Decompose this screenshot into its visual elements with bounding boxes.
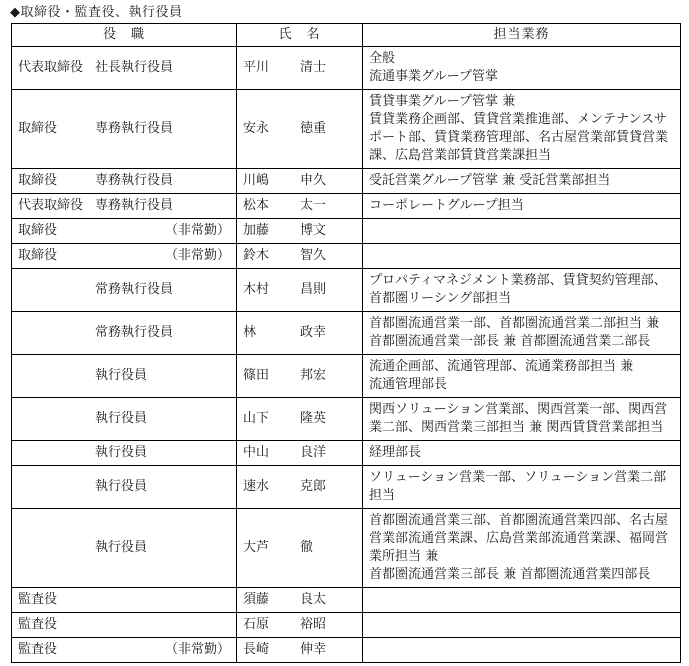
position-cell: 執行役員 <box>12 466 237 509</box>
table-row: 執行役員 中山良洋 経理部長 <box>12 441 681 466</box>
nonexec-note: （非常勤） <box>165 222 230 240</box>
table-row: 常務執行役員 木村昌則 プロパティマネジメント業務部、賃貸契約管理部、首都圏リー… <box>12 269 681 312</box>
duty-cell: 賃貸事業グループ管掌 兼 賃貸業務企画部、賃貸営業推進部、メンテナンスサポート部… <box>363 90 681 169</box>
surname-label: 中山 <box>243 444 300 462</box>
nonexec-note: （非常勤） <box>165 247 230 265</box>
header-position: 役 職 <box>12 24 237 47</box>
surname-label: 長崎 <box>243 641 300 659</box>
duty-cell <box>363 219 681 244</box>
duty-cell: 流通企画部、流通管理部、流通業務部担当 兼 流通管理部長 <box>363 355 681 398</box>
surname-label: 林 <box>243 324 300 342</box>
surname-label: 須藤 <box>243 591 300 609</box>
header-duty: 担当業務 <box>363 24 681 47</box>
role-label: 代表取締役 <box>18 59 95 77</box>
role-label: 取締役 <box>18 222 95 240</box>
surname-label: 石原 <box>243 616 300 634</box>
givenname-label: 良洋 <box>300 445 326 460</box>
role-label: 取締役 <box>18 247 95 265</box>
position-cell: 監査役（非常勤） <box>12 638 237 663</box>
duty-cell: 経理部長 <box>363 441 681 466</box>
givenname-label: 伸幸 <box>300 642 326 657</box>
exec-title-label: 執行役員 <box>95 411 147 426</box>
givenname-label: 博文 <box>300 223 326 238</box>
position-cell: 執行役員 <box>12 398 237 441</box>
name-cell: 加藤博文 <box>237 219 363 244</box>
table-row: 監査役 石原裕昭 <box>12 613 681 638</box>
givenname-label: 徳重 <box>300 121 326 136</box>
table-row: 取締役（非常勤） 加藤博文 <box>12 219 681 244</box>
duty-cell: コーポレートグループ担当 <box>363 194 681 219</box>
name-cell: 速水克郎 <box>237 466 363 509</box>
duty-cell: 首都圏流通営業三部、首都圏流通営業四部、名古屋営業部流通営業課、広島営業部流通営… <box>363 509 681 588</box>
table-row: 執行役員 山下隆英 関西ソリューション営業部、関西営業一部、関西営業二部、関西営… <box>12 398 681 441</box>
surname-label: 川嶋 <box>243 172 300 190</box>
page-title: ◆取締役・監査役、執行役員 <box>10 5 689 20</box>
duty-cell <box>363 613 681 638</box>
table-row: 常務執行役員 林政幸 首都圏流通営業一部、首都圏流通営業二部担当 兼 首都圏流通… <box>12 312 681 355</box>
exec-title-label: 社長執行役員 <box>95 60 173 75</box>
position-cell: 執行役員 <box>12 441 237 466</box>
duty-cell: 首都圏流通営業一部、首都圏流通営業二部担当 兼 首都圏流通営業一部長 兼 首都圏… <box>363 312 681 355</box>
exec-title-label: 執行役員 <box>95 540 147 555</box>
exec-title-label: 執行役員 <box>95 445 147 460</box>
exec-title-label: 専務執行役員 <box>95 198 173 213</box>
officers-table: 役 職 氏 名 担当業務 代表取締役社長執行役員 平川清士 全般 流通事業グルー… <box>11 23 681 663</box>
role-label: 監査役 <box>18 641 95 659</box>
table-header-row: 役 職 氏 名 担当業務 <box>12 24 681 47</box>
position-cell: 常務執行役員 <box>12 312 237 355</box>
givenname-label: 克郎 <box>300 479 326 494</box>
position-cell: 監査役 <box>12 613 237 638</box>
name-cell: 林政幸 <box>237 312 363 355</box>
givenname-label: 徹 <box>300 540 313 555</box>
table-row: 監査役 須藤良太 <box>12 588 681 613</box>
name-cell: 鈴木智久 <box>237 244 363 269</box>
surname-label: 速水 <box>243 478 300 496</box>
role-label: 取締役 <box>18 172 95 190</box>
givenname-label: 邦宏 <box>300 368 326 383</box>
table-row: 代表取締役専務執行役員 松本太一 コーポレートグループ担当 <box>12 194 681 219</box>
name-cell: 中山良洋 <box>237 441 363 466</box>
table-row: 取締役専務執行役員 安永徳重 賃貸事業グループ管掌 兼 賃貸業務企画部、賃貸営業… <box>12 90 681 169</box>
name-cell: 平川清士 <box>237 47 363 90</box>
surname-label: 鈴木 <box>243 247 300 265</box>
givenname-label: 裕昭 <box>300 617 326 632</box>
name-cell: 川嶋申久 <box>237 169 363 194</box>
name-cell: 石原裕昭 <box>237 613 363 638</box>
givenname-label: 智久 <box>300 248 326 263</box>
exec-title-label: 専務執行役員 <box>95 173 173 188</box>
name-cell: 大芦徹 <box>237 509 363 588</box>
surname-label: 木村 <box>243 281 300 299</box>
position-cell: 取締役専務執行役員 <box>12 90 237 169</box>
name-cell: 長崎伸幸 <box>237 638 363 663</box>
surname-label: 平川 <box>243 59 300 77</box>
exec-title-label: 常務執行役員 <box>95 325 173 340</box>
position-cell: 常務執行役員 <box>12 269 237 312</box>
header-name: 氏 名 <box>237 24 363 47</box>
surname-label: 松本 <box>243 197 300 215</box>
duty-cell: 全般 流通事業グループ管掌 <box>363 47 681 90</box>
position-cell: 取締役（非常勤） <box>12 244 237 269</box>
givenname-label: 太一 <box>300 198 326 213</box>
position-cell: 取締役専務執行役員 <box>12 169 237 194</box>
role-label: 代表取締役 <box>18 197 95 215</box>
duty-cell <box>363 588 681 613</box>
name-cell: 篠田邦宏 <box>237 355 363 398</box>
table-row: 執行役員 篠田邦宏 流通企画部、流通管理部、流通業務部担当 兼 流通管理部長 <box>12 355 681 398</box>
document-page: ◆取締役・監査役、執行役員 役 職 氏 名 担当業務 代表取締役社長執行役員 平… <box>0 0 689 666</box>
surname-label: 大芦 <box>243 539 300 557</box>
table-row: 執行役員 大芦徹 首都圏流通営業三部、首都圏流通営業四部、名古屋営業部流通営業課… <box>12 509 681 588</box>
position-cell: 代表取締役社長執行役員 <box>12 47 237 90</box>
duty-cell: 関西ソリューション営業部、関西営業一部、関西営業二部、関西営業三部担当 兼 関西… <box>363 398 681 441</box>
table-row: 監査役（非常勤） 長崎伸幸 <box>12 638 681 663</box>
duty-cell: 受託営業グループ管掌 兼 受託営業部担当 <box>363 169 681 194</box>
position-cell: 執行役員 <box>12 355 237 398</box>
givenname-label: 良太 <box>300 592 326 607</box>
exec-title-label: 専務執行役員 <box>95 121 173 136</box>
surname-label: 加藤 <box>243 222 300 240</box>
role-label: 監査役 <box>18 591 95 609</box>
name-cell: 木村昌則 <box>237 269 363 312</box>
givenname-label: 昌則 <box>300 282 326 297</box>
exec-title-label: 常務執行役員 <box>95 282 173 297</box>
table-row: 取締役専務執行役員 川嶋申久 受託営業グループ管掌 兼 受託営業部担当 <box>12 169 681 194</box>
role-label: 監査役 <box>18 616 95 634</box>
position-cell: 取締役（非常勤） <box>12 219 237 244</box>
name-cell: 須藤良太 <box>237 588 363 613</box>
position-cell: 監査役 <box>12 588 237 613</box>
duty-cell <box>363 638 681 663</box>
table-row: 取締役（非常勤） 鈴木智久 <box>12 244 681 269</box>
name-cell: 安永徳重 <box>237 90 363 169</box>
duty-cell: プロパティマネジメント業務部、賃貸契約管理部、首都圏リーシング部担当 <box>363 269 681 312</box>
surname-label: 篠田 <box>243 367 300 385</box>
givenname-label: 清士 <box>300 60 326 75</box>
name-cell: 松本太一 <box>237 194 363 219</box>
name-cell: 山下隆英 <box>237 398 363 441</box>
givenname-label: 政幸 <box>300 325 326 340</box>
givenname-label: 隆英 <box>300 411 326 426</box>
nonexec-note: （非常勤） <box>165 641 230 659</box>
surname-label: 山下 <box>243 410 300 428</box>
position-cell: 執行役員 <box>12 509 237 588</box>
surname-label: 安永 <box>243 120 300 138</box>
table-row: 執行役員 速水克郎 ソリューション営業一部、ソリューション営業二部担当 <box>12 466 681 509</box>
duty-cell: ソリューション営業一部、ソリューション営業二部担当 <box>363 466 681 509</box>
table-row: 代表取締役社長執行役員 平川清士 全般 流通事業グループ管掌 <box>12 47 681 90</box>
position-cell: 代表取締役専務執行役員 <box>12 194 237 219</box>
exec-title-label: 執行役員 <box>95 368 147 383</box>
role-label: 取締役 <box>18 120 95 138</box>
duty-cell <box>363 244 681 269</box>
givenname-label: 申久 <box>300 173 326 188</box>
exec-title-label: 執行役員 <box>95 479 147 494</box>
